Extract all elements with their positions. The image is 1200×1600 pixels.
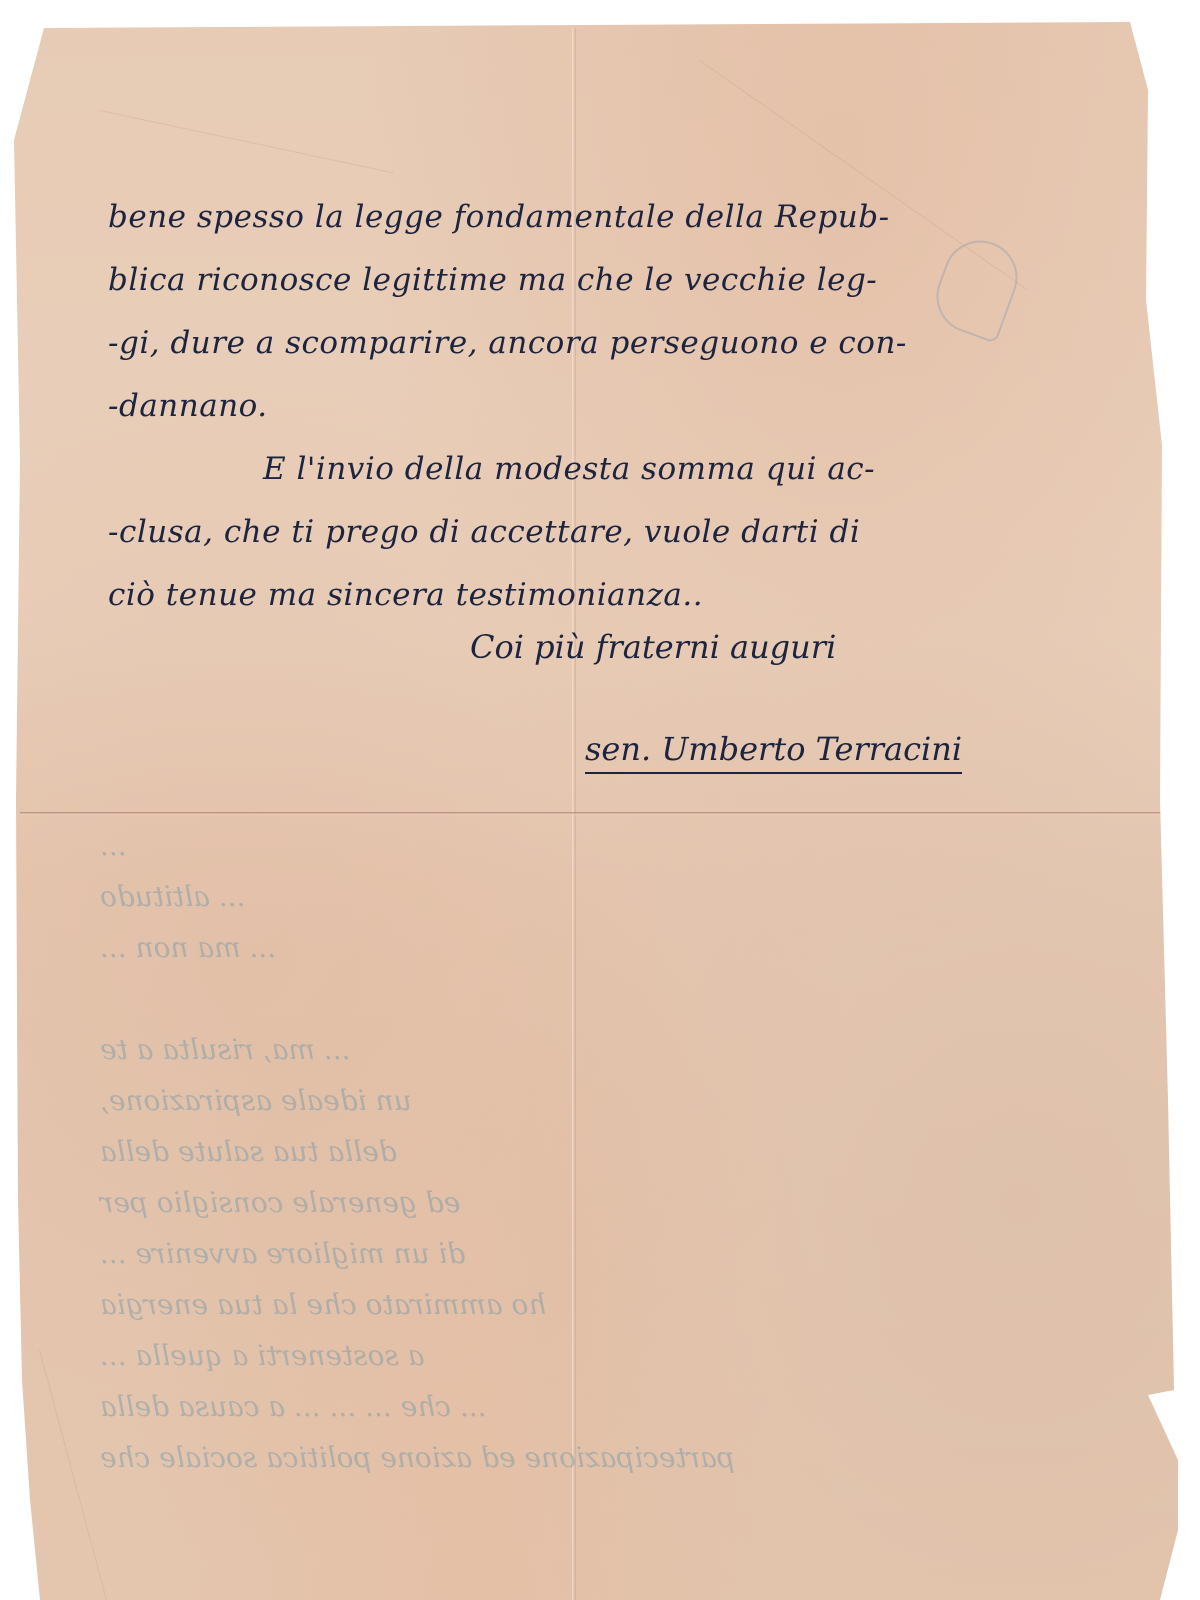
horizontal-fold-line bbox=[20, 812, 1170, 815]
showthrough-line: di un migliore avvenire ... bbox=[100, 1228, 950, 1279]
showthrough-line bbox=[100, 973, 950, 1024]
showthrough-line: della tua salute della bbox=[100, 1126, 950, 1177]
showthrough-line: partecipazione ed azione politica social… bbox=[100, 1432, 950, 1483]
document-scan: ... ... altitudo ... ma non ... ... ma, … bbox=[0, 0, 1200, 1600]
letter-line: bene spesso la legge fondamentale della … bbox=[108, 186, 1038, 249]
paper-crease bbox=[39, 1350, 107, 1600]
showthrough-line: ho ammirato che la tua energia bbox=[100, 1279, 950, 1330]
showthrough-line: ... ma, risulta a te bbox=[100, 1024, 950, 1075]
showthrough-line: a sostenerti a quella ... bbox=[100, 1330, 950, 1381]
showthrough-line: un ideale aspirazione, bbox=[100, 1075, 950, 1126]
showthrough-line: ed generale consiglio per bbox=[100, 1177, 950, 1228]
letter-line: -dannano. bbox=[108, 375, 1038, 438]
reverse-side-showthrough-text: ... ... altitudo ... ma non ... ... ma, … bbox=[100, 820, 950, 1483]
letter-line: blica riconosce legittime ma che le vecc… bbox=[108, 249, 1038, 312]
letter-line: -gi, dure a scomparire, ancora perseguon… bbox=[108, 312, 1038, 375]
aged-paper-sheet: ... ... altitudo ... ma non ... ... ma, … bbox=[0, 0, 1200, 1600]
letter-body: bene spesso la legge fondamentale della … bbox=[108, 186, 1038, 627]
letter-line: ciò tenue ma sincera testimonianza.. bbox=[108, 564, 1038, 627]
showthrough-line: ... bbox=[100, 820, 950, 871]
signature: sen. Umberto Terracini bbox=[585, 730, 962, 774]
paper-crease bbox=[100, 110, 394, 173]
letter-line: E l'invio della modesta somma qui ac- bbox=[108, 438, 1038, 501]
letter-line: -clusa, che ti prego di accettare, vuole… bbox=[108, 501, 1038, 564]
letter-closing: Coi più fraterni auguri bbox=[470, 628, 836, 666]
showthrough-line: ... che ... ... ... a causa della bbox=[100, 1381, 950, 1432]
showthrough-line: ... altitudo bbox=[100, 871, 950, 922]
showthrough-line: ... ma non ... bbox=[100, 922, 950, 973]
